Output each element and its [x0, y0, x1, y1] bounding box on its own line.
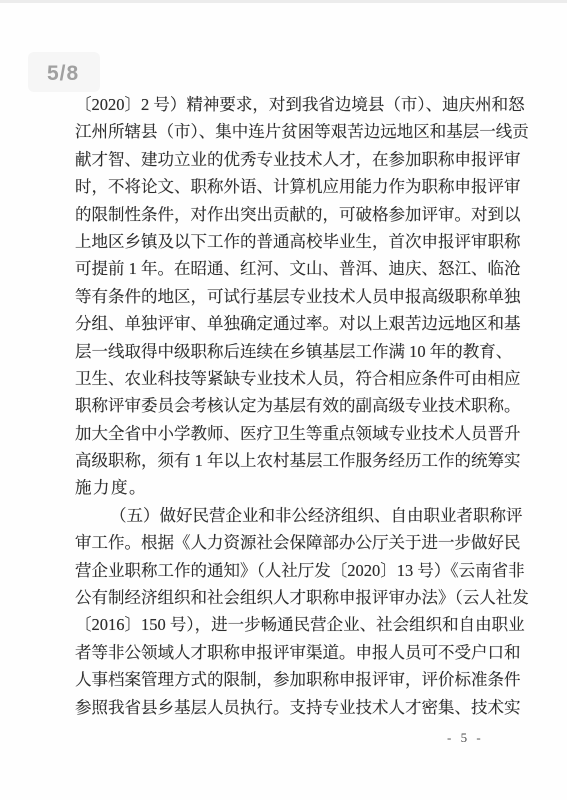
document-text-line: 分组、单独评审、单独确定通过率。对以上艰苦边远地区和基 [75, 310, 493, 337]
document-viewer: 5/8 〔2020〕2 号）精神要求，对到我省边境县（市）、迪庆州和怒江州所辖县… [0, 0, 567, 800]
document-text-line: 可提前 1 年。在昭通、红河、文山、普洱、迪庆、怒江、临沧 [75, 255, 493, 282]
document-text-line: 江州所辖县（市）、集中连片贫困等艰苦边远地区和基层一线贡 [75, 118, 493, 145]
document-text-line: 人事档案管理方式的限制，参加职称申报评审，评价标准条件 [75, 666, 493, 693]
document-text-line: 参照我省县乡基层人员执行。支持专业技术人才密集、技术实 [75, 694, 493, 721]
document-text-line: 营企业职称工作的通知》（人社厅发〔2020〕13 号）《云南省非 [75, 557, 493, 584]
document-text-line: （五）做好民营企业和非公经济组织、自由职业者职称评 [75, 502, 493, 529]
document-text-line: 卫生、农业科技等紧缺专业技术人员，符合相应条件可由相应 [75, 365, 493, 392]
document-text-line: 加大全省中小学教师、医疗卫生等重点领域专业技术人员晋升 [75, 420, 493, 447]
document-text-line: 等有条件的地区，可试行基层专业技术人员申报高级职称单独 [75, 283, 493, 310]
document-text-line: 献才智、建功立业的优秀专业技术人才，在参加职称申报评审 [75, 146, 493, 173]
document-text-line: 审工作。根据《人力资源社会保障部办公厅关于进一步做好民 [75, 529, 493, 556]
footer-page-number: - 5 - [447, 730, 484, 746]
document-text-line: 施力度。 [75, 474, 493, 501]
document-text-line: 时，不将论文、职称外语、计算机应用能力作为职称申报评审 [75, 173, 493, 200]
document-text-line: 者等非公领域人才职称申报评审渠道。申报人员可不受户口和 [75, 639, 493, 666]
top-edge-divider [0, 0, 567, 3]
document-text-line: 层一线取得中级职称后连续在乡镇基层工作满 10 年的教育、 [75, 338, 493, 365]
scanned-document-text: 〔2020〕2 号）精神要求，对到我省边境县（市）、迪庆州和怒江州所辖县（市）、… [75, 91, 493, 721]
document-text-line: 〔2016〕150 号），进一步畅通民营企业、社会组织和自由职业 [75, 611, 493, 638]
document-text-line: 〔2020〕2 号）精神要求，对到我省边境县（市）、迪庆州和怒 [75, 91, 493, 118]
document-text-line: 高级职称，须有 1 年以上农村基层工作服务经历工作的统筹实 [75, 447, 493, 474]
document-text-line: 的限制性条件，对作出突出贡献的，可破格参加评审。对到以 [75, 201, 493, 228]
document-text-line: 公有制经济组织和社会组织人才职称申报评审办法》（云人社发 [75, 584, 493, 611]
document-text-line: 职称评审委员会考核认定为基层有效的副高级专业技术职称。 [75, 392, 493, 419]
document-text-line: 上地区乡镇及以下工作的普通高校毕业生，首次申报评审职称 [75, 228, 493, 255]
page-indicator: 5/8 [47, 62, 79, 86]
